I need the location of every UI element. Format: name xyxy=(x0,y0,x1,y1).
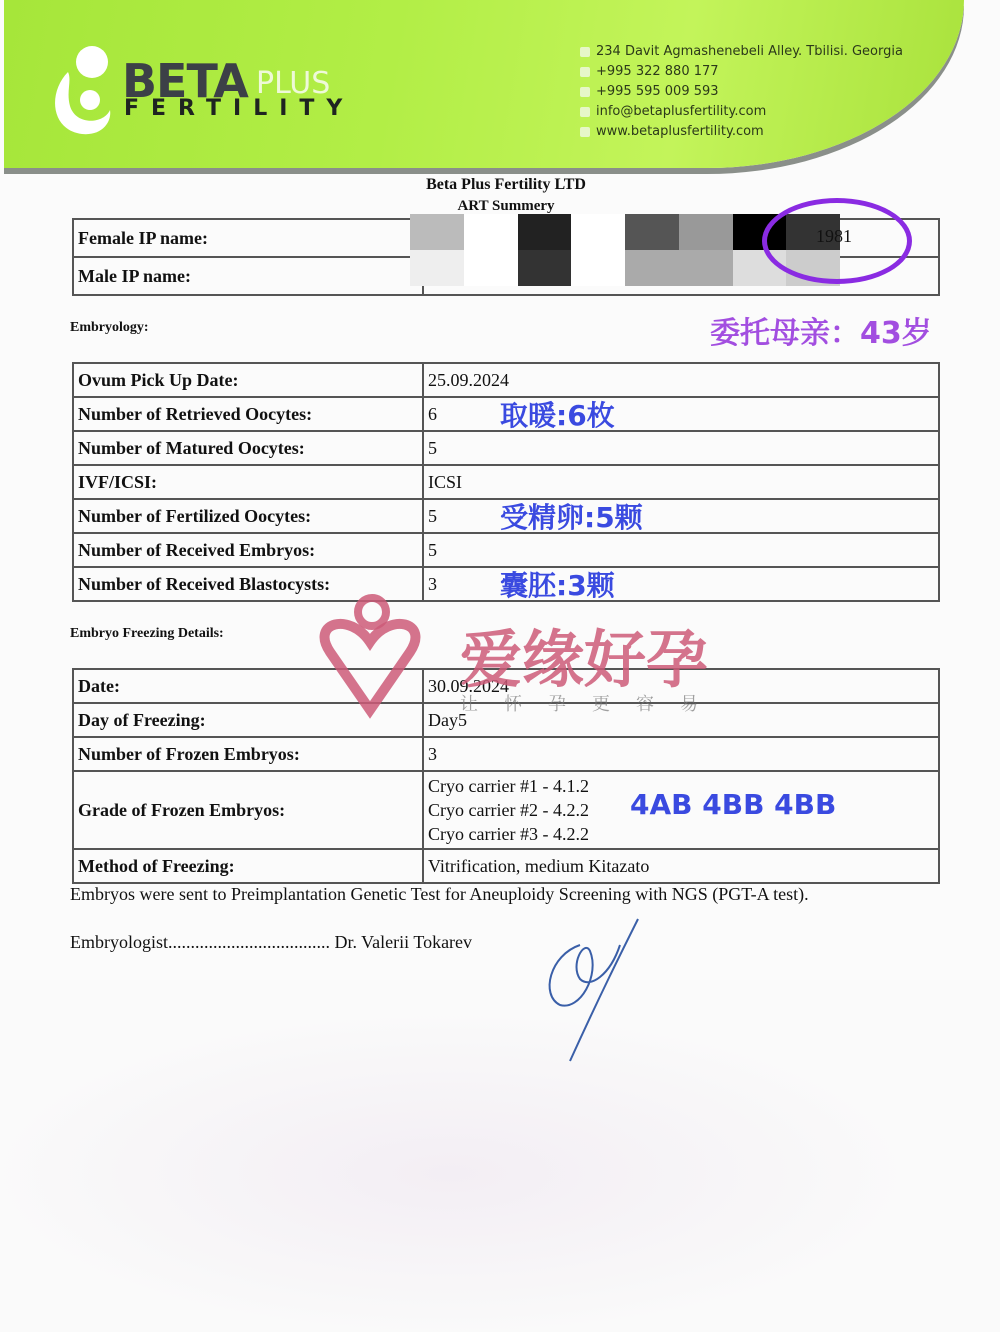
female-ip-label: Female IP name: xyxy=(73,219,423,257)
highlight-circle xyxy=(762,198,912,284)
embryology-heading: Embryology: xyxy=(70,320,149,336)
phone-icon xyxy=(580,67,590,77)
table-row: IVF/ICSI:ICSI xyxy=(73,465,939,499)
freezing-table: Date:30.09.2024 Day of Freezing:Day5 Num… xyxy=(72,668,940,884)
blastocysts-annotation: 囊胚:3颗 xyxy=(500,564,615,604)
table-row: Date:30.09.2024 xyxy=(73,669,939,703)
row-label: Number of Fertilized Oocytes: xyxy=(73,499,423,533)
row-label: Number of Retrieved Oocytes: xyxy=(73,397,423,431)
row-label: Number of Received Embryos: xyxy=(73,533,423,567)
table-row: Day of Freezing:Day5 xyxy=(73,703,939,737)
globe-icon xyxy=(580,127,590,137)
row-value: 3 xyxy=(423,737,939,771)
mobile: +995 595 009 593 xyxy=(596,82,719,102)
row-label: IVF/ICSI: xyxy=(73,465,423,499)
mail-icon xyxy=(580,107,590,117)
pgt-note: Embryos were sent to Preimplantation Gen… xyxy=(70,884,809,905)
embryologist-line: Embryologist............................… xyxy=(70,932,472,953)
row-value: ICSI xyxy=(423,465,939,499)
mother-age-annotation: 委托母亲：43岁 xyxy=(710,308,932,352)
table-row: Number of Matured Oocytes:5 xyxy=(73,431,939,465)
signature-icon xyxy=(540,915,650,1065)
row-value: 5 xyxy=(423,431,939,465)
row-label: Ovum Pick Up Date: xyxy=(73,363,423,397)
row-label: Number of Received Blastocysts: xyxy=(73,567,423,601)
location-pin-icon xyxy=(580,47,590,57)
freezing-heading: Embryo Freezing Details: xyxy=(70,626,224,642)
letterhead: BETA PLUS FERTILITY 234 Davit Agmasheneb… xyxy=(4,0,964,168)
grade-item: Cryo carrier #3 - 4.2.2 xyxy=(428,822,934,846)
row-value: 25.09.2024 xyxy=(423,363,939,397)
website: www.betaplusfertility.com xyxy=(596,122,764,142)
contact-info: 234 Davit Agmashenebeli Alley. Tbilisi. … xyxy=(580,42,903,142)
row-label: Number of Frozen Embryos: xyxy=(73,737,423,771)
row-label: Grade of Frozen Embryos: xyxy=(73,771,423,849)
email: info@betaplusfertility.com xyxy=(596,102,766,122)
retrieved-annotation: 取暖:6枚 xyxy=(500,394,615,434)
brand-subtitle: FERTILITY xyxy=(124,96,354,121)
row-label: Number of Matured Oocytes: xyxy=(73,431,423,465)
row-value: 30.09.2024 xyxy=(423,669,939,703)
mobile-icon xyxy=(580,87,590,97)
row-label: Day of Freezing: xyxy=(73,703,423,737)
row-label: Method of Freezing: xyxy=(73,849,423,883)
table-row: Number of Received Embryos:5 xyxy=(73,533,939,567)
table-row: Ovum Pick Up Date:25.09.2024 xyxy=(73,363,939,397)
grades-annotation: 4AB 4BB 4BB xyxy=(630,788,836,821)
row-value: Vitrification, medium Kitazato xyxy=(423,849,939,883)
row-value: Day5 xyxy=(423,703,939,737)
background-swirl xyxy=(0,980,1000,1332)
table-row: Method of Freezing:Vitrification, medium… xyxy=(73,849,939,883)
row-label: Date: xyxy=(73,669,423,703)
fertilized-annotation: 受精卵:5颗 xyxy=(500,496,643,536)
table-row: Number of Frozen Embryos:3 xyxy=(73,737,939,771)
logo-icon xyxy=(46,42,116,142)
address: 234 Davit Agmashenebeli Alley. Tbilisi. … xyxy=(596,42,903,62)
male-ip-label: Male IP name: xyxy=(73,257,423,295)
company-name: Beta Plus Fertility LTD xyxy=(0,176,1000,194)
phone: +995 322 880 177 xyxy=(596,62,719,82)
row-value: 5 xyxy=(423,533,939,567)
